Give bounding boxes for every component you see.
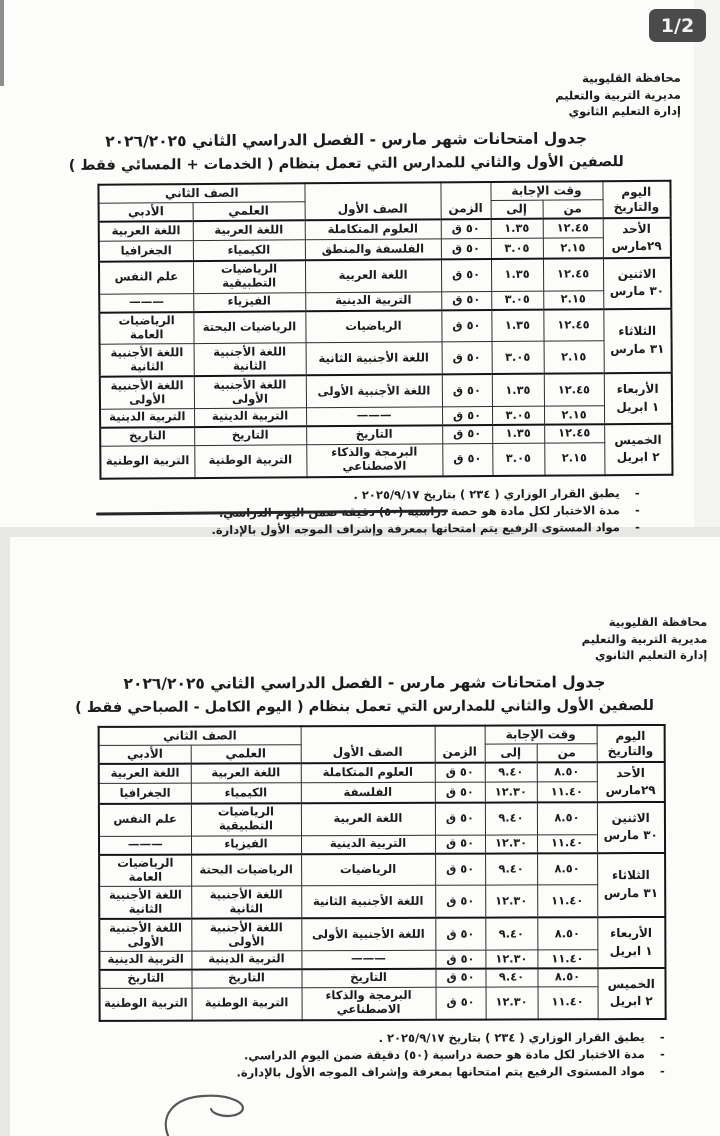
grade1-subject-cell: الفلسفة والمنطق [305,239,441,260]
time-to-cell: ١.٣٥ [491,258,543,291]
time-from-cell: ١٢.٤٥ [543,218,603,238]
time-from-cell: ٨.٥٠ [537,762,597,782]
grade2-scientific-subject-cell: التربية الوطنية [194,445,306,478]
grade2-literary-subject-cell: ——— [99,293,193,312]
document-page-2: محافظة القليوبية مديرية التربية والتعليم… [10,537,720,1136]
grade1-subject-cell: ——— [301,950,435,969]
page-margin-area [694,0,720,527]
grade2-literary-subject-cell: الجغرافيا [99,784,191,804]
duration-cell: ٥٠ ق [442,443,492,476]
time-to-cell: ٩.٤٠ [485,762,537,782]
grade2-literary-subject-cell: التربية الوطنية [100,988,192,1021]
time-from-cell: ١١.٤٠ [537,885,597,918]
col-header-from: من [537,744,597,763]
col-header-from: من [543,200,603,219]
time-to-cell: ٩.٤٠ [485,802,537,834]
grade1-subject-cell: البرمجة والذكاء الاصطناعي [306,444,442,477]
grade1-subject-cell: التاريخ [306,425,442,444]
grade1-subject-cell: التاريخ [301,969,435,988]
grade2-literary-subject-cell: الرياضيات العامة [99,312,193,345]
grade2-literary-subject-cell: التاريخ [99,969,191,988]
col-header-answer-time: وقت الإجابة [490,181,602,200]
time-from-cell: ٢.١٥ [544,341,604,374]
duration-cell: ٥٠ ق [441,239,491,259]
duration-cell: ٥٠ ق [435,968,485,987]
grade2-scientific-subject-cell: الرياضيات التطبيقية [191,803,301,836]
grade1-subject-cell: التربية الدينية [301,835,435,854]
grade1-subject-cell: اللغة الأجنبية الثانية [301,886,435,919]
agency-header-block: محافظة القليوبية مديرية التربية والتعليم… [0,0,693,124]
day-date-cell: الأحد٢٩مارس [603,218,671,258]
footnote-text: يطبق القرار الوزاري ( ٢٣٤ ) بتاريخ ٢٠٢٥/… [353,485,619,504]
exam-schedule-subtitle: للصفين الأول والثاني للمدارس التي تعمل ب… [10,698,720,716]
footnote-text: مواد المستوى الرفيع يتم امتحانها بمعرفة … [236,1063,644,1081]
day-date-cell: الخميس٢ ابريل [597,968,665,1019]
time-from-cell: ١١.٤٠ [537,782,597,802]
duration-cell: ٥٠ ق [442,406,492,425]
grade2-scientific-subject-cell: التربية الدينية [191,951,301,970]
col-header-to: إلى [491,200,543,219]
grade2-literary-subject-cell: التربية الدينية [100,409,194,428]
grade1-subject-cell: اللغة الأجنبية الأولى [301,918,435,951]
time-to-cell: ٣.٠٥ [492,443,544,476]
agency-header-block: محافظة القليوبية مديرية التربية والتعليم… [9,536,719,666]
footnotes-block: - يطبق القرار الوزاري ( ٢٣٤ ) بتاريخ ٢٠٢… [11,1029,665,1082]
time-from-cell: ٨.٥٠ [537,968,597,987]
time-to-cell: ١.٣٥ [492,374,544,407]
grade1-subject-cell: العلوم المتكاملة [301,763,435,783]
exam-schedule-table-evening-system: اليوم والتاريخ وقت الإجابة الزمن الصف ال… [97,180,673,480]
page-counter-badge: 1/2 [649,9,706,42]
time-from-cell: ٢.١٥ [544,406,604,425]
time-to-cell: ١.٣٥ [492,424,544,443]
note-dash: - [657,1063,665,1080]
duration-cell: ٥٠ ق [442,425,492,444]
grade2-literary-subject-cell: التاريخ [100,427,194,446]
grade1-subject-cell: اللغة الأجنبية الأولى [306,374,442,407]
duration-cell: ٥٠ ق [441,219,491,239]
exam-schedule-subtitle: للصفين الأول والثاني للمدارس التي تعمل ب… [0,154,693,175]
footnote: - مواد المستوى الرفيع يتم امتحانها بمعرف… [11,1063,665,1082]
duration-cell: ٥٠ ق [441,259,491,292]
duration-cell: ٥٠ ق [436,987,486,1019]
duration-cell: ٥٠ ق [435,853,485,885]
grade2-scientific-subject-cell: الكيمياء [191,783,301,803]
day-date-cell: الخميس٢ ابريل [604,424,672,475]
col-header-duration: الزمن [440,182,490,219]
grade2-scientific-subject-cell: الرياضيات البحتة [191,854,301,887]
col-header-grade1: الصف الأول [301,726,435,763]
note-dash: - [632,502,640,519]
grade1-subject-cell: الرياضيات [305,310,441,343]
time-to-cell: ١.٣٥ [491,309,543,342]
grade2-scientific-subject-cell: الفيزياء [191,835,301,854]
duration-cell: ٥٠ ق [435,885,485,917]
time-from-cell: ١٢.٤٥ [543,309,603,342]
grade2-scientific-subject-cell: اللغة الأجنبية الأولى [191,918,301,951]
grade1-subject-cell: اللغة الأجنبية الثانية [306,342,442,375]
time-to-cell: ٣.٠٥ [491,291,543,310]
grade2-scientific-subject-cell: الكيمياء [193,240,305,261]
day-date-cell: الأربعاء١ ابريل [604,373,672,424]
scan-edge-artifact [0,0,4,86]
note-dash: - [657,1029,665,1046]
time-from-cell: ١١.٤٠ [538,986,598,1019]
note-dash: - [632,485,640,502]
day-date-cell: الأربعاء١ ابريل [597,917,665,968]
duration-cell: ٥٠ ق [441,291,491,310]
time-to-cell: ١٢.٣٠ [485,950,537,969]
grade2-literary-subject-cell: اللغة الأجنبية الأولى [100,376,194,409]
col-header-literary: الأدبي [99,745,191,764]
grade1-subject-cell: البرمجة والذكاء الاصطناعي [302,987,436,1020]
grade2-literary-subject-cell: اللغة الأجنبية الثانية [100,344,194,377]
day-date-cell: الأحد٢٩مارس [597,762,665,802]
time-from-cell: ١٢.٤٥ [544,424,604,443]
grade2-literary-subject-cell: اللغة العربية [99,221,193,242]
grade2-literary-subject-cell: علم النفس [99,803,191,836]
time-to-cell: ١.٣٥ [491,219,543,239]
grade1-subject-cell: اللغة العربية [305,259,441,292]
duration-cell: ٥٠ ق [435,918,485,950]
grade2-scientific-subject-cell: اللغة الأجنبية الثانية [194,343,306,376]
grade2-scientific-subject-cell: اللغة الأجنبية الثانية [191,886,301,919]
day-date-cell: الاثنين٣٠ مارس [603,258,671,309]
time-to-cell: ٣.٠٥ [491,239,543,259]
exam-schedule-title: جدول امتحانات شهر مارس - الفصل الدراسي ا… [0,129,693,152]
time-to-cell: ٩.٤٠ [485,918,537,950]
col-header-duration: الزمن [435,726,485,763]
time-to-cell: ١٢.٣٠ [485,885,537,917]
grade2-scientific-subject-cell: الرياضيات التطبيقية [193,260,305,293]
duration-cell: ٥٠ ق [435,763,485,783]
time-from-cell: ٢.١٥ [544,442,604,475]
day-date-cell: الثلاثاء٣١ مارس [597,852,665,917]
time-to-cell: ٩.٤٠ [485,968,537,987]
col-header-answer-time: وقت الإجابة [485,725,597,744]
time-to-cell: ١٢.٣٠ [485,835,537,854]
time-from-cell: ١١.٤٠ [537,834,597,853]
note-dash: - [657,1046,665,1063]
duration-cell: ٥٠ ق [441,310,491,343]
grade2-scientific-subject-cell: الرياضيات البحتة [193,311,305,344]
grade2-scientific-subject-cell: التربية الوطنية [192,987,302,1020]
grade2-literary-subject-cell: علم النفس [99,261,193,294]
col-header-scientific: العلمي [193,202,305,221]
col-header-grade2: الصف الثاني [99,726,301,745]
time-to-cell: ٣.٠٥ [492,341,544,374]
grade1-subject-cell: اللغة العربية [301,803,435,836]
duration-cell: ٥٠ ق [435,802,485,834]
day-date-cell: الثلاثاء٣١ مارس [603,308,671,373]
duration-cell: ٥٠ ق [442,342,492,375]
grade1-subject-cell: العلوم المتكاملة [305,219,441,240]
grade2-scientific-subject-cell: الفيزياء [193,292,305,311]
time-from-cell: ١١.٤٠ [537,950,597,969]
grade2-literary-subject-cell: اللغة الأجنبية الأولى [99,919,191,952]
col-header-scientific: العلمي [191,745,301,764]
grade1-subject-cell: التربية الدينية [305,291,441,310]
document-page-1: محافظة القليوبية مديرية التربية والتعليم… [0,0,694,527]
col-header-day-date: اليوم والتاريخ [597,725,665,762]
col-header-grade2: الصف الثاني [98,183,304,203]
note-dash: - [632,519,640,536]
time-to-cell: ٩.٤٠ [485,853,537,885]
time-from-cell: ١٢.٤٥ [543,258,603,291]
duration-cell: ٥٠ ق [435,950,485,969]
duration-cell: ٥٠ ق [435,835,485,854]
grade2-literary-subject-cell: الرياضيات العامة [99,854,191,887]
scanned-document-view: { "page_indicator": "1/2", "pages": [ { … [0,0,720,1136]
col-header-grade1: الصف الأول [304,182,440,220]
duration-cell: ٥٠ ق [435,782,485,802]
time-from-cell: ٢.١٥ [543,290,603,309]
exam-schedule-title: جدول امتحانات شهر مارس - الفصل الدراسي ا… [9,673,719,693]
footnote-text: يطبق القرار الوزاري ( ٢٣٤ ) بتاريخ ٢٠٢٥/… [379,1029,645,1047]
col-header-literary: الأدبي [99,203,193,222]
administration-line: إدارة التعليم الثانوي [0,103,681,124]
grade2-literary-subject-cell: اللغة العربية [99,764,191,784]
day-date-cell: الاثنين٣٠ مارس [597,802,665,853]
grade2-scientific-subject-cell: اللغة العربية [193,220,305,241]
grade1-subject-cell: الفلسفة [301,783,435,803]
grade2-literary-subject-cell: ——— [99,836,191,855]
time-from-cell: ٢.١٥ [543,238,603,258]
time-to-cell: ٣.٠٥ [492,406,544,425]
time-from-cell: ٨.٥٠ [537,853,597,886]
duration-cell: ٥٠ ق [442,374,492,407]
grade2-scientific-subject-cell: التربية الدينية [194,408,306,427]
grade1-subject-cell: ——— [306,407,442,426]
col-header-day-date: اليوم والتاريخ [602,181,670,218]
grade2-literary-subject-cell: الجغرافيا [99,241,193,262]
grade2-scientific-subject-cell: اللغة الأجنبية الأولى [194,375,306,408]
grade2-scientific-subject-cell: اللغة العربية [191,763,301,783]
footnote-text: مدة الاختبار لكل مادة هو حصة دراسية (٥٠)… [244,1046,645,1064]
time-from-cell: ٨.٥٠ [537,802,597,835]
time-to-cell: ١٢.٣٠ [485,782,537,802]
col-header-to: إلى [485,744,537,763]
pen-scribble-mark [155,1082,265,1136]
grade1-subject-cell: الرياضيات [301,853,435,886]
grade2-scientific-subject-cell: التاريخ [191,969,301,988]
grade2-literary-subject-cell: التربية الدينية [99,951,191,970]
grade2-scientific-subject-cell: التاريخ [194,426,306,445]
grade2-literary-subject-cell: التربية الوطنية [100,445,194,478]
grade2-literary-subject-cell: اللغة الأجنبية الثانية [99,886,191,919]
exam-schedule-table-morning-system: اليوم والتاريخ وقت الإجابة الزمن الصف ال… [98,724,667,1022]
time-from-cell: ٨.٥٠ [537,917,597,950]
administration-line: إدارة التعليم الثانوي [9,647,707,666]
time-from-cell: ١٢.٤٥ [544,373,604,406]
time-to-cell: ١٢.٣٠ [486,987,538,1019]
